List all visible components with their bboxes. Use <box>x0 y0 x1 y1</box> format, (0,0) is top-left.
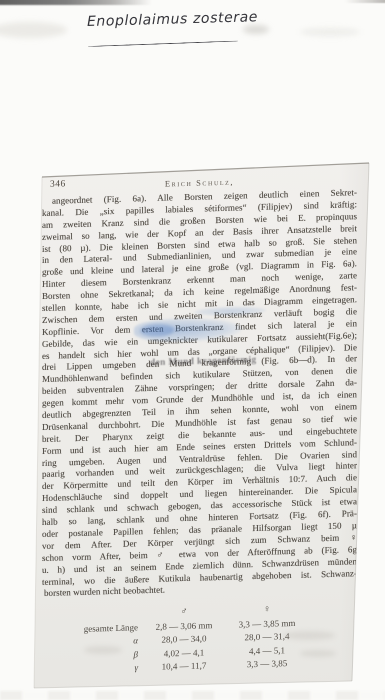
female-symbol: ♀ <box>224 604 310 616</box>
page: 346 Erich Schulz, angeordnet (Fig. 6a). … <box>0 0 385 700</box>
scan-smudge <box>283 631 335 640</box>
scanned-document-page: Enoplolaimus zosterae 346 Erich Schulz, … <box>0 0 385 700</box>
male-symbol: ♂ <box>144 606 224 618</box>
scan-edge-shadow-top-left <box>0 0 152 5</box>
handwritten-underline <box>88 41 238 47</box>
scan-smudge <box>300 650 336 657</box>
scan-smudge <box>300 28 360 36</box>
scan-smudge <box>84 646 122 654</box>
scan-noise-strip <box>0 691 385 700</box>
handwritten-title: Enoplolaimus zosterae <box>87 8 307 30</box>
scan-smudge <box>243 25 269 34</box>
scan-edge-shadow-top-right <box>345 0 385 3</box>
measurement-table: ♂ ♀ gesamte Länge 2,8 — 3,06 mm 3,3 — 3,… <box>72 603 332 678</box>
body-text: angeordnet (Fig. 6a). Alle Borsten zeige… <box>42 187 357 600</box>
scan-smudge <box>0 22 67 38</box>
